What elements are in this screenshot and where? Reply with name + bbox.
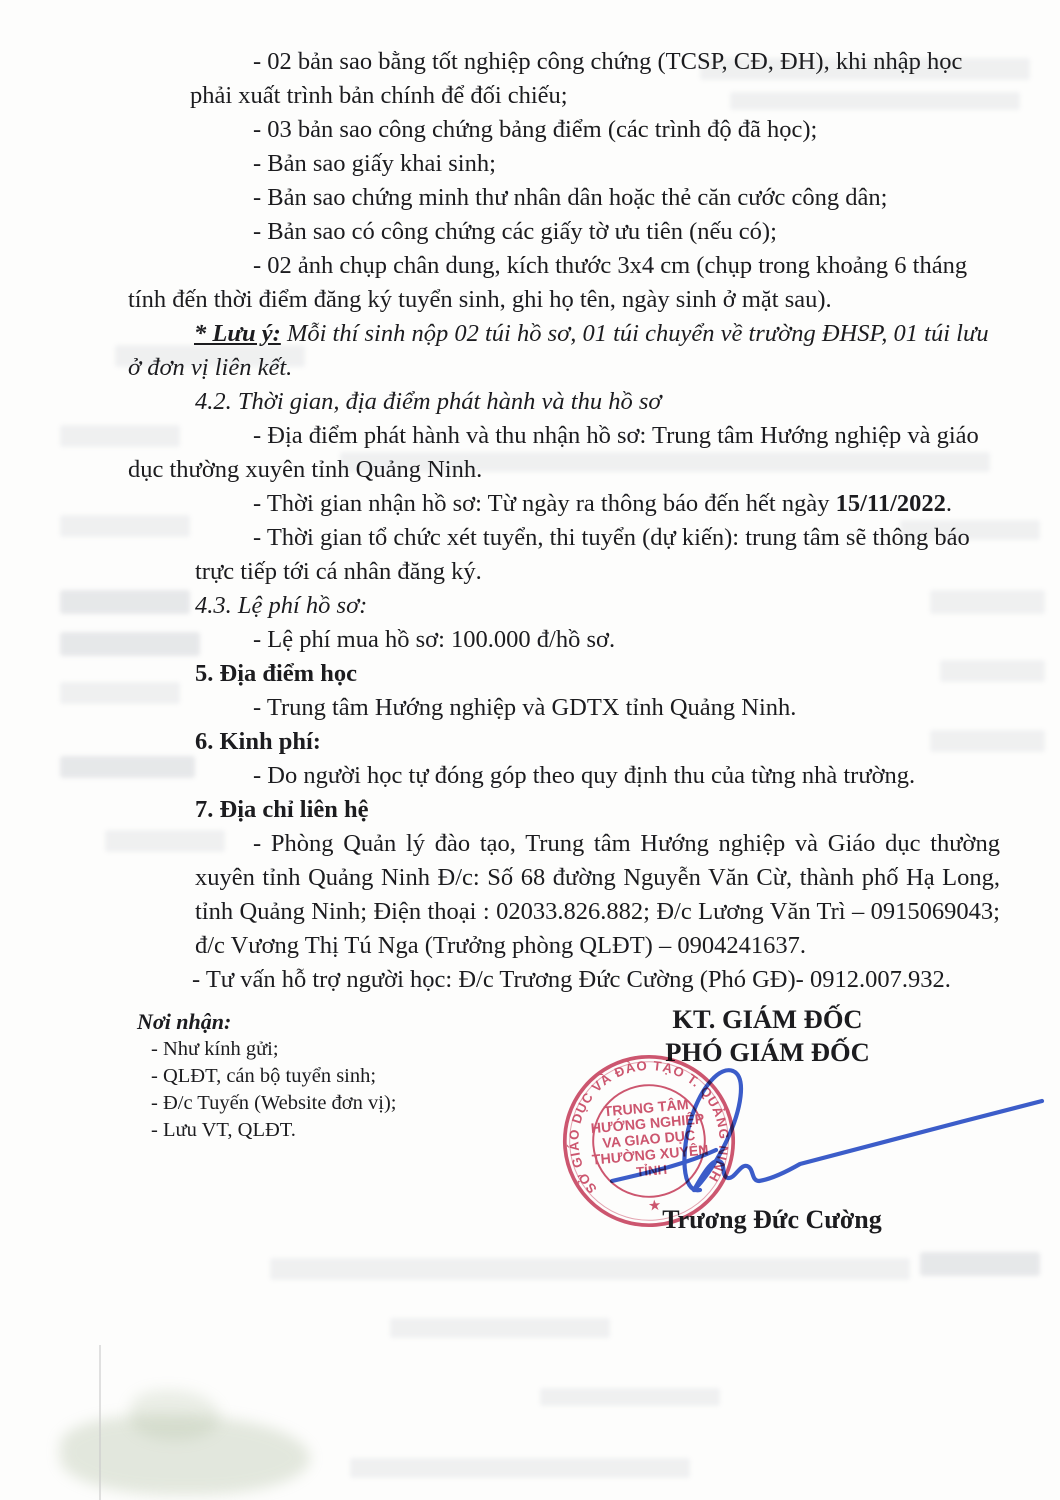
document-body: - 02 bản sao bằng tốt nghiệp công chứng …: [0, 0, 1060, 997]
heading-7: 7. Địa chỉ liên hệ: [195, 793, 1000, 827]
bleed-artifact: [920, 1252, 1040, 1276]
note-label: * Lưu ý:: [194, 320, 281, 347]
recipient-item: - Lưu VT, QLĐT.: [151, 1117, 397, 1144]
bleed-artifact: [270, 1258, 910, 1280]
recipient-item: - Như kính gửi;: [151, 1036, 397, 1063]
recipient-item: - QLĐT, cán bộ tuyển sinh;: [151, 1063, 397, 1090]
recipient-item: - Đ/c Tuyến (Website đơn vị);: [151, 1090, 397, 1117]
signer-name: Trương Đức Cường: [652, 1205, 892, 1235]
paragraph-id-card: - Bản sao chứng minh thư nhân dân hoặc t…: [107, 181, 1000, 215]
deadline-date: 15/11/2022: [836, 490, 946, 517]
paragraph-exam-time: - Thời gian tổ chức xét tuyển, thi tuyển…: [195, 521, 1000, 589]
scan-edge-line: [99, 1345, 101, 1500]
recipients-title: Nơi nhận:: [137, 1008, 397, 1036]
bleed-artifact: [350, 1458, 690, 1478]
paragraph-portrait-photos: - 02 ảnh chụp chân dung, kích thước 3x4 …: [128, 249, 1000, 317]
heading-5: 5. Địa điểm học: [195, 657, 1000, 691]
note-paragraph: * Lưu ý: Mỗi thí sinh nộp 02 túi hồ sơ, …: [128, 317, 1000, 385]
paragraph-fee: - Lệ phí mua hồ sơ: 100.000 đ/hồ sơ.: [107, 623, 1000, 657]
bleed-artifact: [540, 1388, 720, 1406]
recipients-block: Nơi nhận: - Như kính gửi; - QLĐT, cán bộ…: [137, 1008, 397, 1144]
deadline-period: .: [946, 490, 952, 517]
paragraph-diploma-copies: - 02 bản sao bằng tốt nghiệp công chứng …: [190, 45, 1000, 113]
bleed-artifact: [390, 1318, 610, 1338]
bleed-artifact: [130, 1390, 220, 1440]
paragraph-deadline: - Thời gian nhận hồ sơ: Từ ngày ra thông…: [107, 487, 1000, 521]
paragraph-transcript-copies: - 03 bản sao công chứng bảng điểm (các t…: [107, 113, 1000, 147]
heading-4-3: 4.3. Lệ phí hồ sơ:: [195, 589, 1000, 623]
paragraph-support-contact: - Tư vấn hỗ trợ người học: Đ/c Trương Đứ…: [192, 963, 1000, 997]
paragraph-funding: - Do người học tự đóng góp theo quy định…: [107, 759, 1000, 793]
heading-4-2: 4.2. Thời gian, địa điểm phát hành và th…: [195, 385, 1000, 419]
scanned-document-page: - 02 bản sao bằng tốt nghiệp công chứng …: [0, 0, 1060, 1500]
paragraph-study-location: - Trung tâm Hướng nghiệp và GDTX tỉnh Qu…: [107, 691, 1000, 725]
paragraph-issue-location: - Địa điểm phát hành và thu nhận hồ sơ: …: [128, 419, 1000, 487]
paragraph-contact-address: - Phòng Quản lý đào tạo, Trung tâm Hướng…: [195, 827, 1000, 963]
deadline-text: - Thời gian nhận hồ sơ: Từ ngày ra thông…: [253, 490, 836, 517]
paragraph-priority-papers: - Bản sao có công chứng các giấy tờ ưu t…: [107, 215, 1000, 249]
paragraph-birth-certificate: - Bản sao giấy khai sinh;: [107, 147, 1000, 181]
heading-6: 6. Kinh phí:: [195, 725, 1000, 759]
